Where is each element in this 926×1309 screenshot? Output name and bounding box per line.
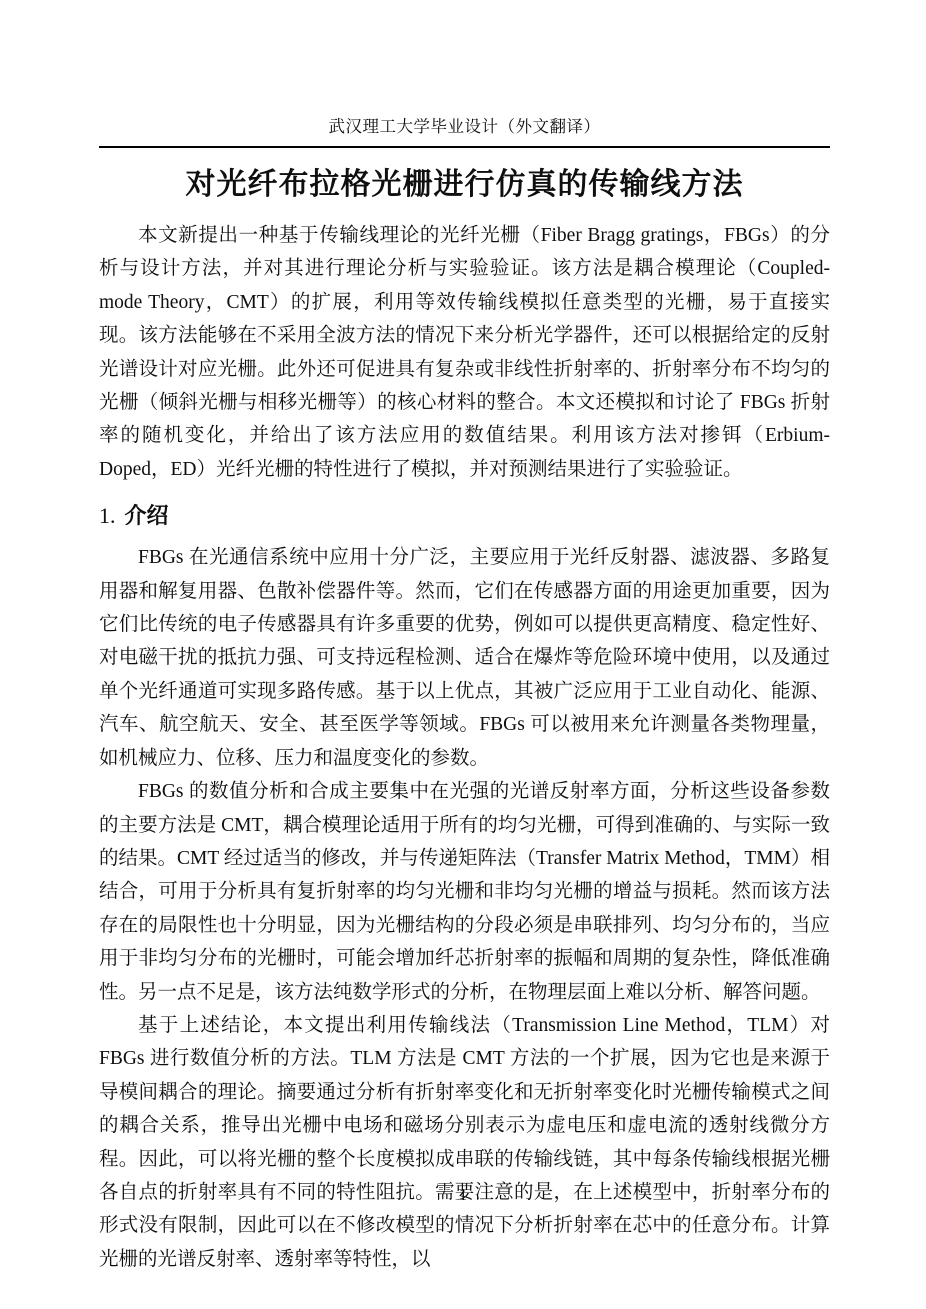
- page-number: 1: [0, 1184, 926, 1206]
- body-paragraph: FBGs 在光通信系统中应用十分广泛，主要应用于光纤反射器、滤波器、多路复用器和…: [99, 541, 830, 775]
- header-rule: [99, 146, 830, 148]
- section-title: 介绍: [125, 503, 169, 528]
- body-paragraph: 基于上述结论，本文提出利用传输线法（Transmission Line Meth…: [99, 1009, 830, 1276]
- document-title: 对光纤布拉格光栅进行仿真的传输线方法: [99, 163, 830, 207]
- header-text: 武汉理工大学毕业设计（外文翻译）: [99, 116, 830, 138]
- page-header: 武汉理工大学毕业设计（外文翻译）: [99, 116, 830, 148]
- section-1-heading: 1.介绍: [99, 501, 830, 531]
- abstract-paragraph: 本文新提出一种基于传输线理论的光纤光栅（Fiber Bragg gratings…: [99, 219, 830, 486]
- section-number: 1.: [99, 503, 116, 528]
- document-page: 武汉理工大学毕业设计（外文翻译） 对光纤布拉格光栅进行仿真的传输线方法 本文新提…: [0, 0, 926, 1309]
- body-paragraph: FBGs 的数值分析和合成主要集中在光强的光谱反射率方面，分析这些设备参数的主要…: [99, 775, 830, 1009]
